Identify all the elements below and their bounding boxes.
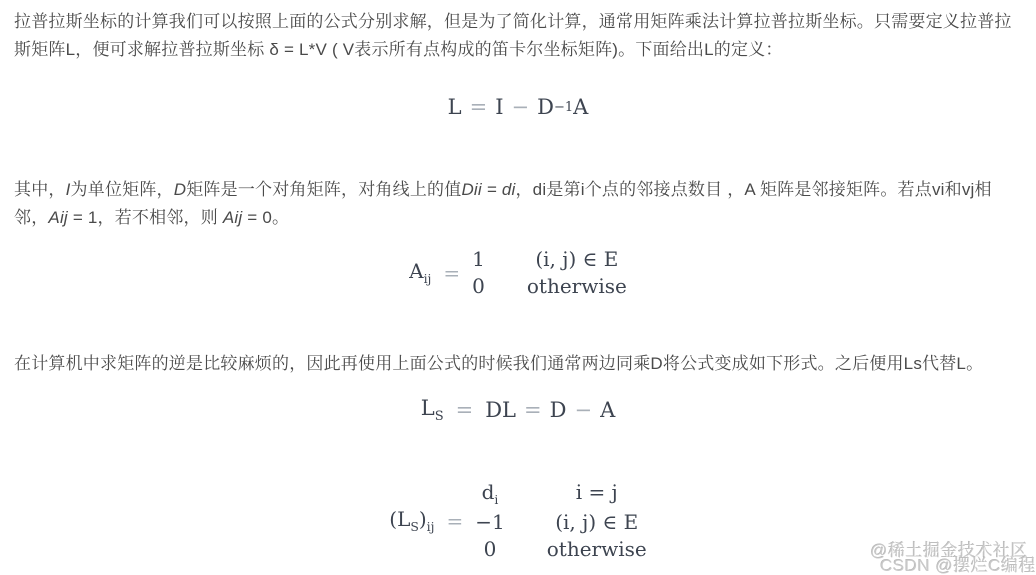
math-subscript-S: S: [435, 409, 444, 424]
text-segment: 在计算机中求矩阵的逆是比较麻烦的，因此再使用上面公式的时候我们通常两边同乘D将公…: [14, 354, 983, 373]
watermark-csdn: CSDN @摆烂C编程: [880, 551, 1036, 575]
math-term-D: D: [550, 398, 567, 422]
case-value: 0: [484, 537, 497, 561]
math-term-A: A: [573, 95, 588, 119]
case-condition: i = j: [576, 480, 618, 507]
math-term-Aij: Aij: [409, 259, 431, 286]
text-segment: D: [174, 180, 186, 199]
case-condition: (i, j) ∈ E: [535, 247, 618, 271]
math-term-L: L: [448, 95, 462, 119]
paragraph-1: 拉普拉斯坐标的计算我们可以按照上面的公式分别求解，但是为了简化计算，通常用矩阵乘…: [14, 8, 1024, 64]
case-condition: otherwise: [527, 274, 627, 298]
math-term-D: D: [537, 95, 554, 119]
text-segment: = 1，若不相邻，则: [68, 208, 223, 227]
text-segment: Aij: [223, 208, 243, 227]
cases-array: di i = j −1 (i, j) ∈ E 0 otherwise: [475, 480, 646, 561]
math-subscript-ij: ij: [424, 271, 432, 286]
math-subscript-S: S: [410, 519, 419, 534]
text-segment: 其中，: [14, 180, 66, 199]
paragraph-2: 其中，I为单位矩阵，D矩阵是一个对角矩阵，对角线上的值Dii = di，di是第…: [14, 176, 1024, 232]
equals-sign: =: [446, 509, 463, 533]
equals-sign: =: [524, 398, 542, 422]
math-term-I: I: [495, 95, 503, 119]
text-segment: 矩阵是一个对角矩阵，对角线上的值: [186, 180, 461, 199]
case-value: 0: [472, 274, 485, 298]
equals-sign: =: [470, 95, 488, 119]
formula-laplacian-definition: L=I−D−1A: [0, 95, 1036, 119]
math-subscript-ij: ij: [427, 519, 435, 534]
case-value: −1: [475, 510, 504, 534]
math-term-Ls: LS: [421, 396, 444, 424]
case-condition: otherwise: [547, 537, 647, 561]
math-superscript-inverse: −1: [554, 100, 573, 115]
text-segment: 拉普拉斯坐标的计算我们可以按照上面的公式分别求解，但是为了简化计算，通常用矩阵乘…: [14, 12, 1012, 59]
formula-symmetric-laplacian: LS=DL=D−A: [0, 396, 1036, 424]
cases-array: 1 (i, j) ∈ E 0 otherwise: [472, 247, 627, 298]
text-segment: = 0。: [242, 208, 289, 227]
math-term-A: A: [600, 398, 615, 422]
text-segment: Dii = di: [461, 180, 515, 199]
case-value: di: [482, 480, 499, 507]
text-segment: Aij: [48, 208, 68, 227]
equals-sign: =: [456, 398, 474, 422]
case-value: 1: [472, 247, 485, 271]
math-subscript-i: i: [494, 492, 498, 507]
minus-sign: −: [574, 398, 592, 422]
article-page: 拉普拉斯坐标的计算我们可以按照上面的公式分别求解，但是为了简化计算，通常用矩阵乘…: [0, 0, 1036, 575]
math-term-DL: DL: [485, 398, 516, 422]
case-condition: (i, j) ∈ E: [555, 510, 638, 534]
text-segment: 为单位矩阵，: [71, 180, 174, 199]
equals-sign: =: [443, 261, 460, 285]
paragraph-3: 在计算机中求矩阵的逆是比较麻烦的，因此再使用上面公式的时候我们通常两边同乘D将公…: [14, 350, 1024, 378]
minus-sign: −: [512, 95, 530, 119]
formula-adjacency-matrix: Aij = 1 (i, j) ∈ E 0 otherwise: [0, 247, 1036, 298]
math-term-Ls-ij: (LS)ij: [389, 507, 434, 534]
